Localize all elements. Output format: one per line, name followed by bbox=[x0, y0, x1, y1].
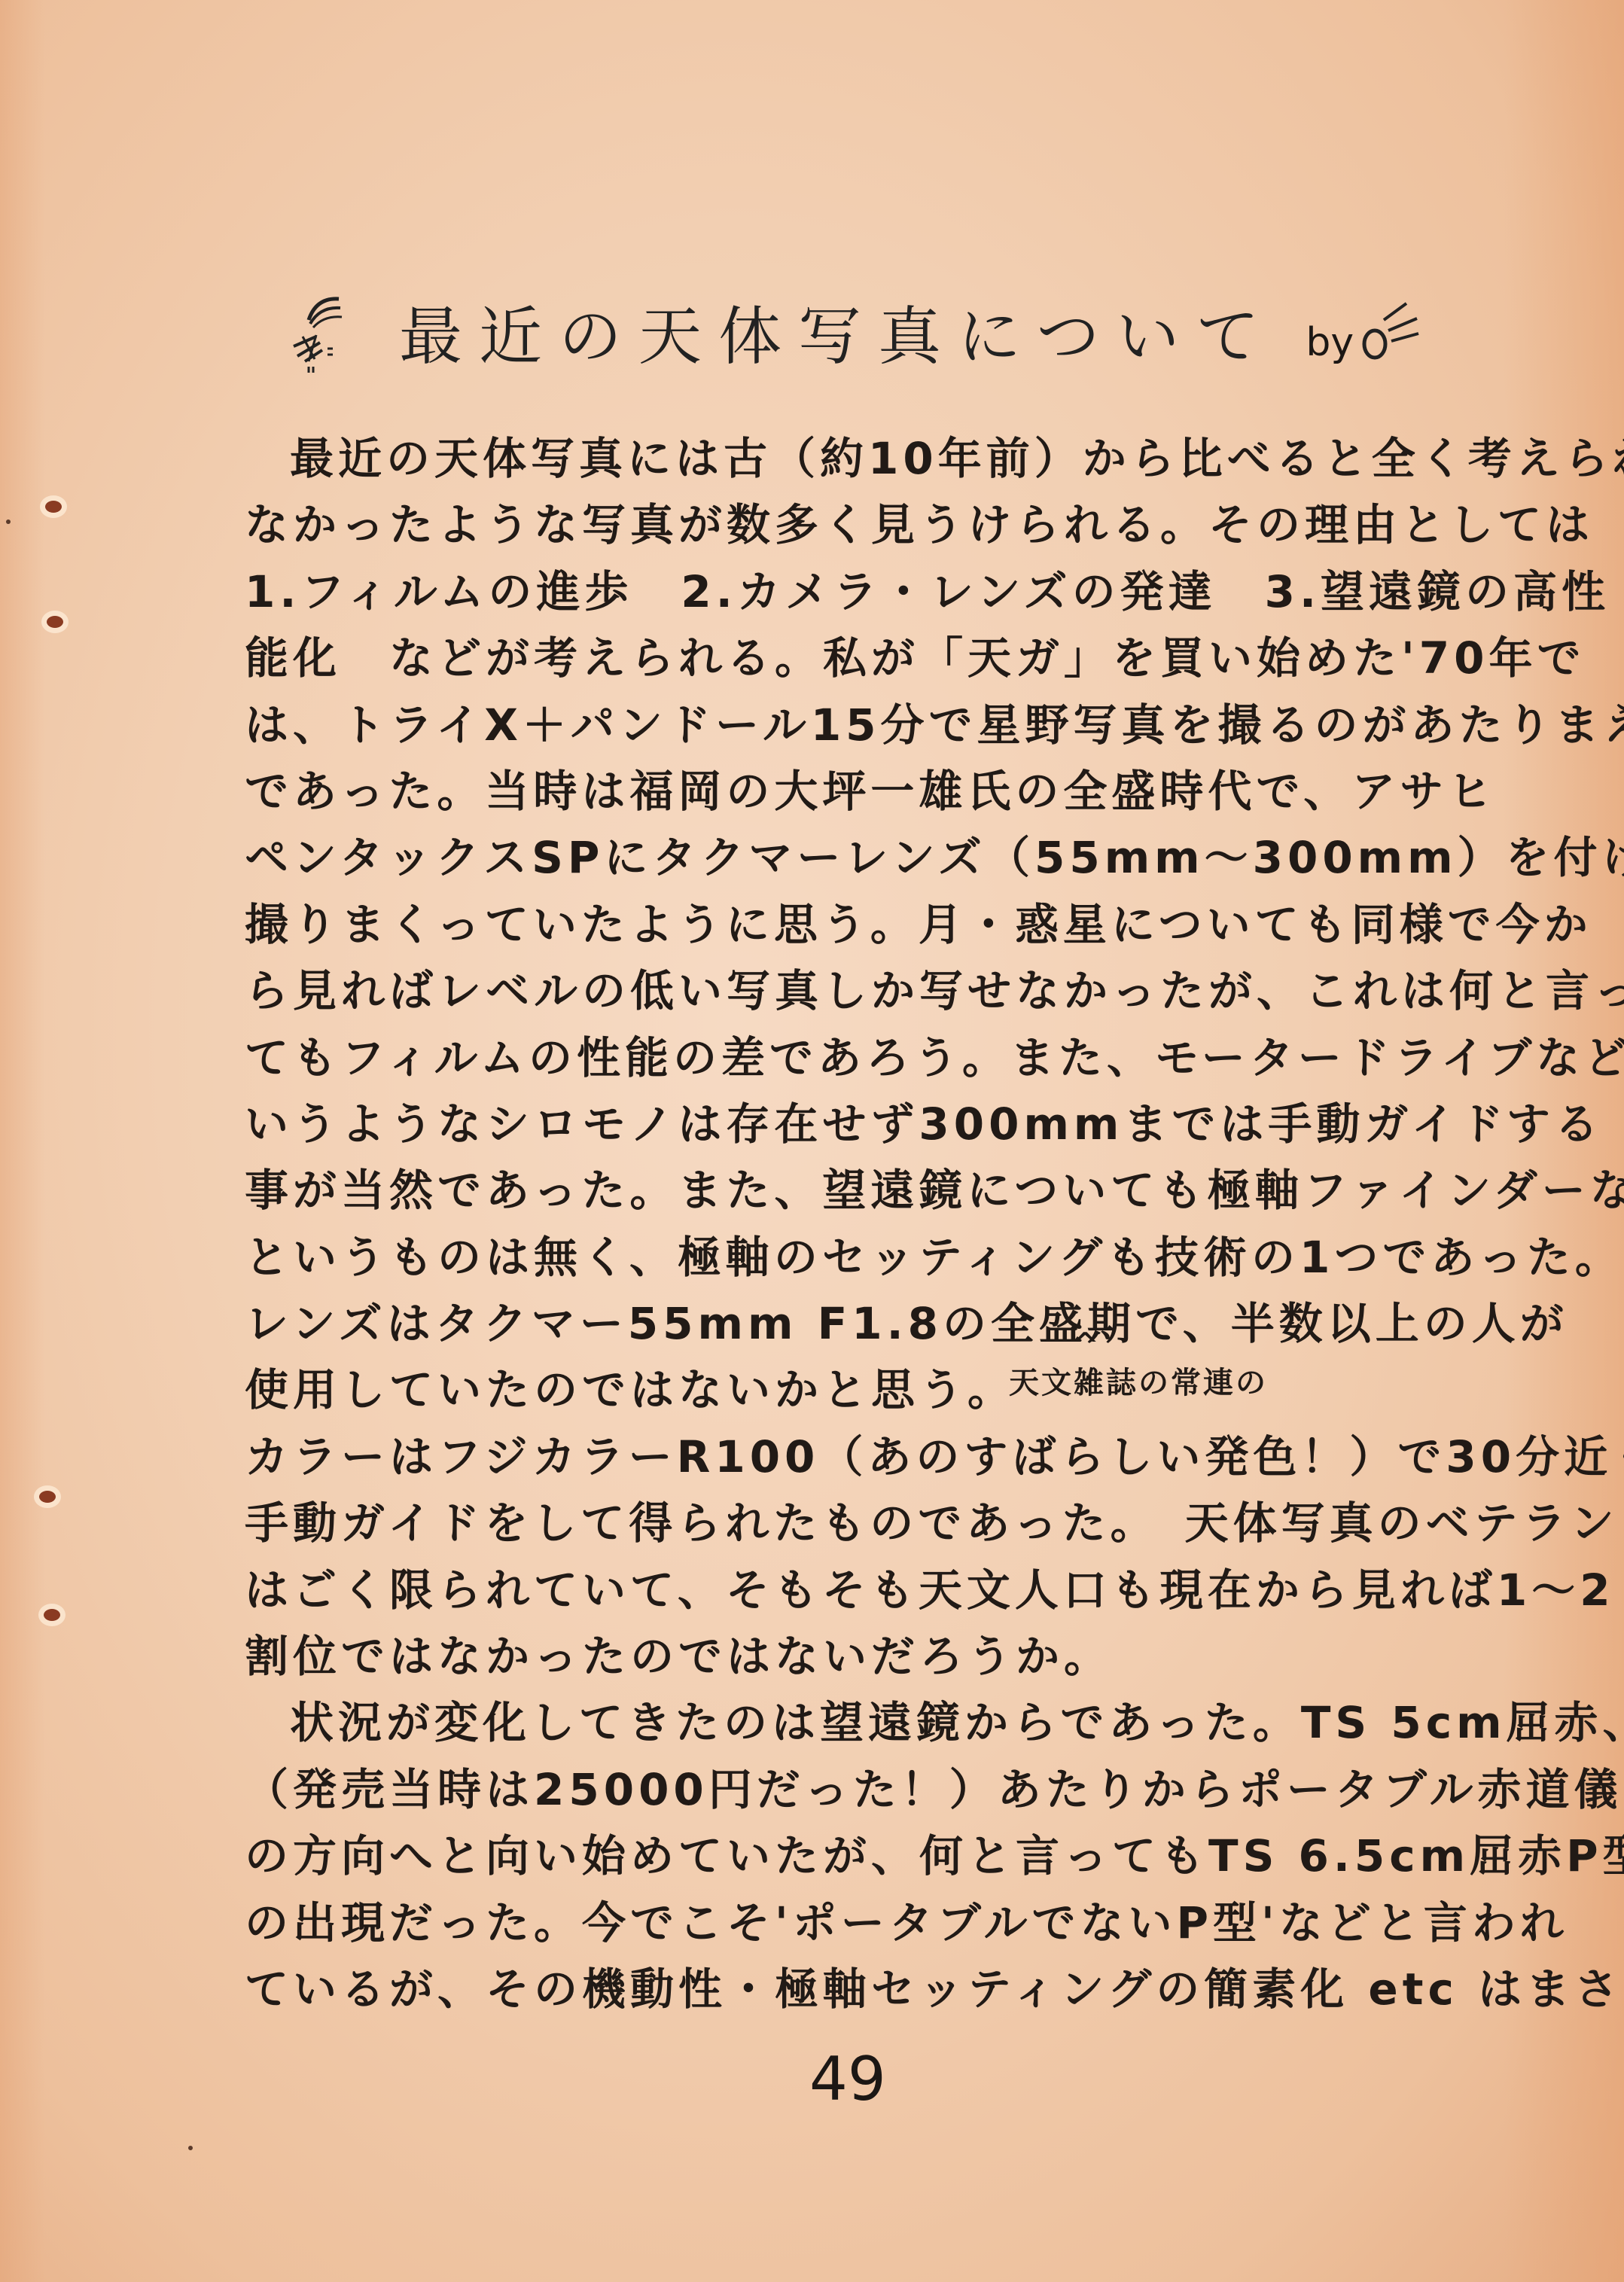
text-line: 能化 などが考えられる。私が「天ガ」を買い始めた'70年で bbox=[245, 625, 1525, 691]
text-line: の出現だった。今でこそ'ポータブルでないP型'などと言われ bbox=[245, 1890, 1525, 1956]
text-line: ているが、その機動性・極軸セッティングの簡素化 etc はまさに bbox=[245, 1956, 1525, 2022]
text-line: 1.フィルムの進歩 2.カメラ・レンズの発達 3.望遠鏡の高性 bbox=[245, 559, 1525, 625]
staple-hole bbox=[45, 501, 62, 513]
text-line: 使用していたのではないかと思う。 bbox=[245, 1357, 1525, 1423]
by-label: by bbox=[1306, 320, 1354, 365]
text-line: なかったような写真が数多く見うけられる。その理由としては bbox=[245, 492, 1525, 558]
paper-left-shading bbox=[0, 0, 45, 2282]
text-line: であった。当時は福岡の大坪一雄氏の全盛時代で、アサヒ bbox=[245, 758, 1525, 824]
paper-speck bbox=[188, 2146, 193, 2150]
text-line: カラーはフジカラーR100（あのすばらしい発色！）で30分近く bbox=[245, 1424, 1525, 1490]
article-header: 最近の天体写真について by bbox=[286, 286, 1421, 376]
shooting-star-icon bbox=[286, 290, 346, 373]
article-body: 最近の天体写真には古（約10年前）から比べると全く考えられ なかったような写真が… bbox=[245, 425, 1525, 2022]
text-line: レンズはタクマー55mm F1.8の全盛期で、半数以上の人が bbox=[245, 1290, 1525, 1357]
text-line: というものは無く、極軸のセッティングも技術の1つであった。 bbox=[245, 1224, 1525, 1290]
page-number: 49 bbox=[809, 2044, 886, 2114]
handwritten-insertion-note: 天文雑誌の常連の bbox=[1009, 1359, 1268, 1402]
text-line: 最近の天体写真には古（約10年前）から比べると全く考えられ bbox=[245, 425, 1525, 492]
paper-speck bbox=[6, 519, 11, 524]
circle-signature-icon bbox=[1354, 297, 1421, 365]
text-line: の方向へと向い始めていたが、何と言ってもTS 6.5cm屈赤P型 bbox=[245, 1823, 1525, 1889]
scanned-page: 最近の天体写真について by 最近の天体写真には古（約10年前）から比べると全く… bbox=[0, 0, 1624, 2282]
article-title: 最近の天体写真について bbox=[399, 286, 1275, 377]
text-line: 撮りまくっていたように思う。月・惑星についても同様で今か bbox=[245, 891, 1525, 958]
text-line: いうようなシロモノは存在せず300mmまでは手動ガイドする bbox=[245, 1091, 1525, 1157]
text-line: ペンタックスSPにタクマーレンズ（55mm〜300mm）を付けて bbox=[245, 824, 1525, 891]
text-line: 手動ガイドをして得られたものであった。 天体写真のベテラン bbox=[245, 1490, 1525, 1556]
byline: by bbox=[1306, 297, 1421, 365]
text-line: ら見ればレベルの低い写真しか写せなかったが、これは何と言っ bbox=[245, 958, 1525, 1024]
text-line: （発売当時は25000円だった！）あたりからポータブル赤道儀 bbox=[245, 1756, 1525, 1823]
text-line: はごく限られていて、そもそも天文人口も現在から見れば1〜2 bbox=[245, 1557, 1525, 1623]
staple-hole bbox=[39, 1491, 56, 1503]
text-line: 状況が変化してきたのは望遠鏡からであった。TS 5cm屈赤、 bbox=[245, 1689, 1525, 1756]
staple-hole bbox=[47, 616, 63, 628]
staple-hole bbox=[44, 1609, 60, 1621]
text-line: てもフィルムの性能の差であろう。また、モータードライブなどと bbox=[245, 1025, 1525, 1091]
text-line: 事が当然であった。また、望遠鏡についても極軸ファインダーなど bbox=[245, 1157, 1525, 1223]
text-line: は、トライX＋パンドール15分で星野写真を撮るのがあたりまえ bbox=[245, 692, 1525, 758]
text-line: 割位ではなかったのではないだろうか。 bbox=[245, 1623, 1525, 1689]
